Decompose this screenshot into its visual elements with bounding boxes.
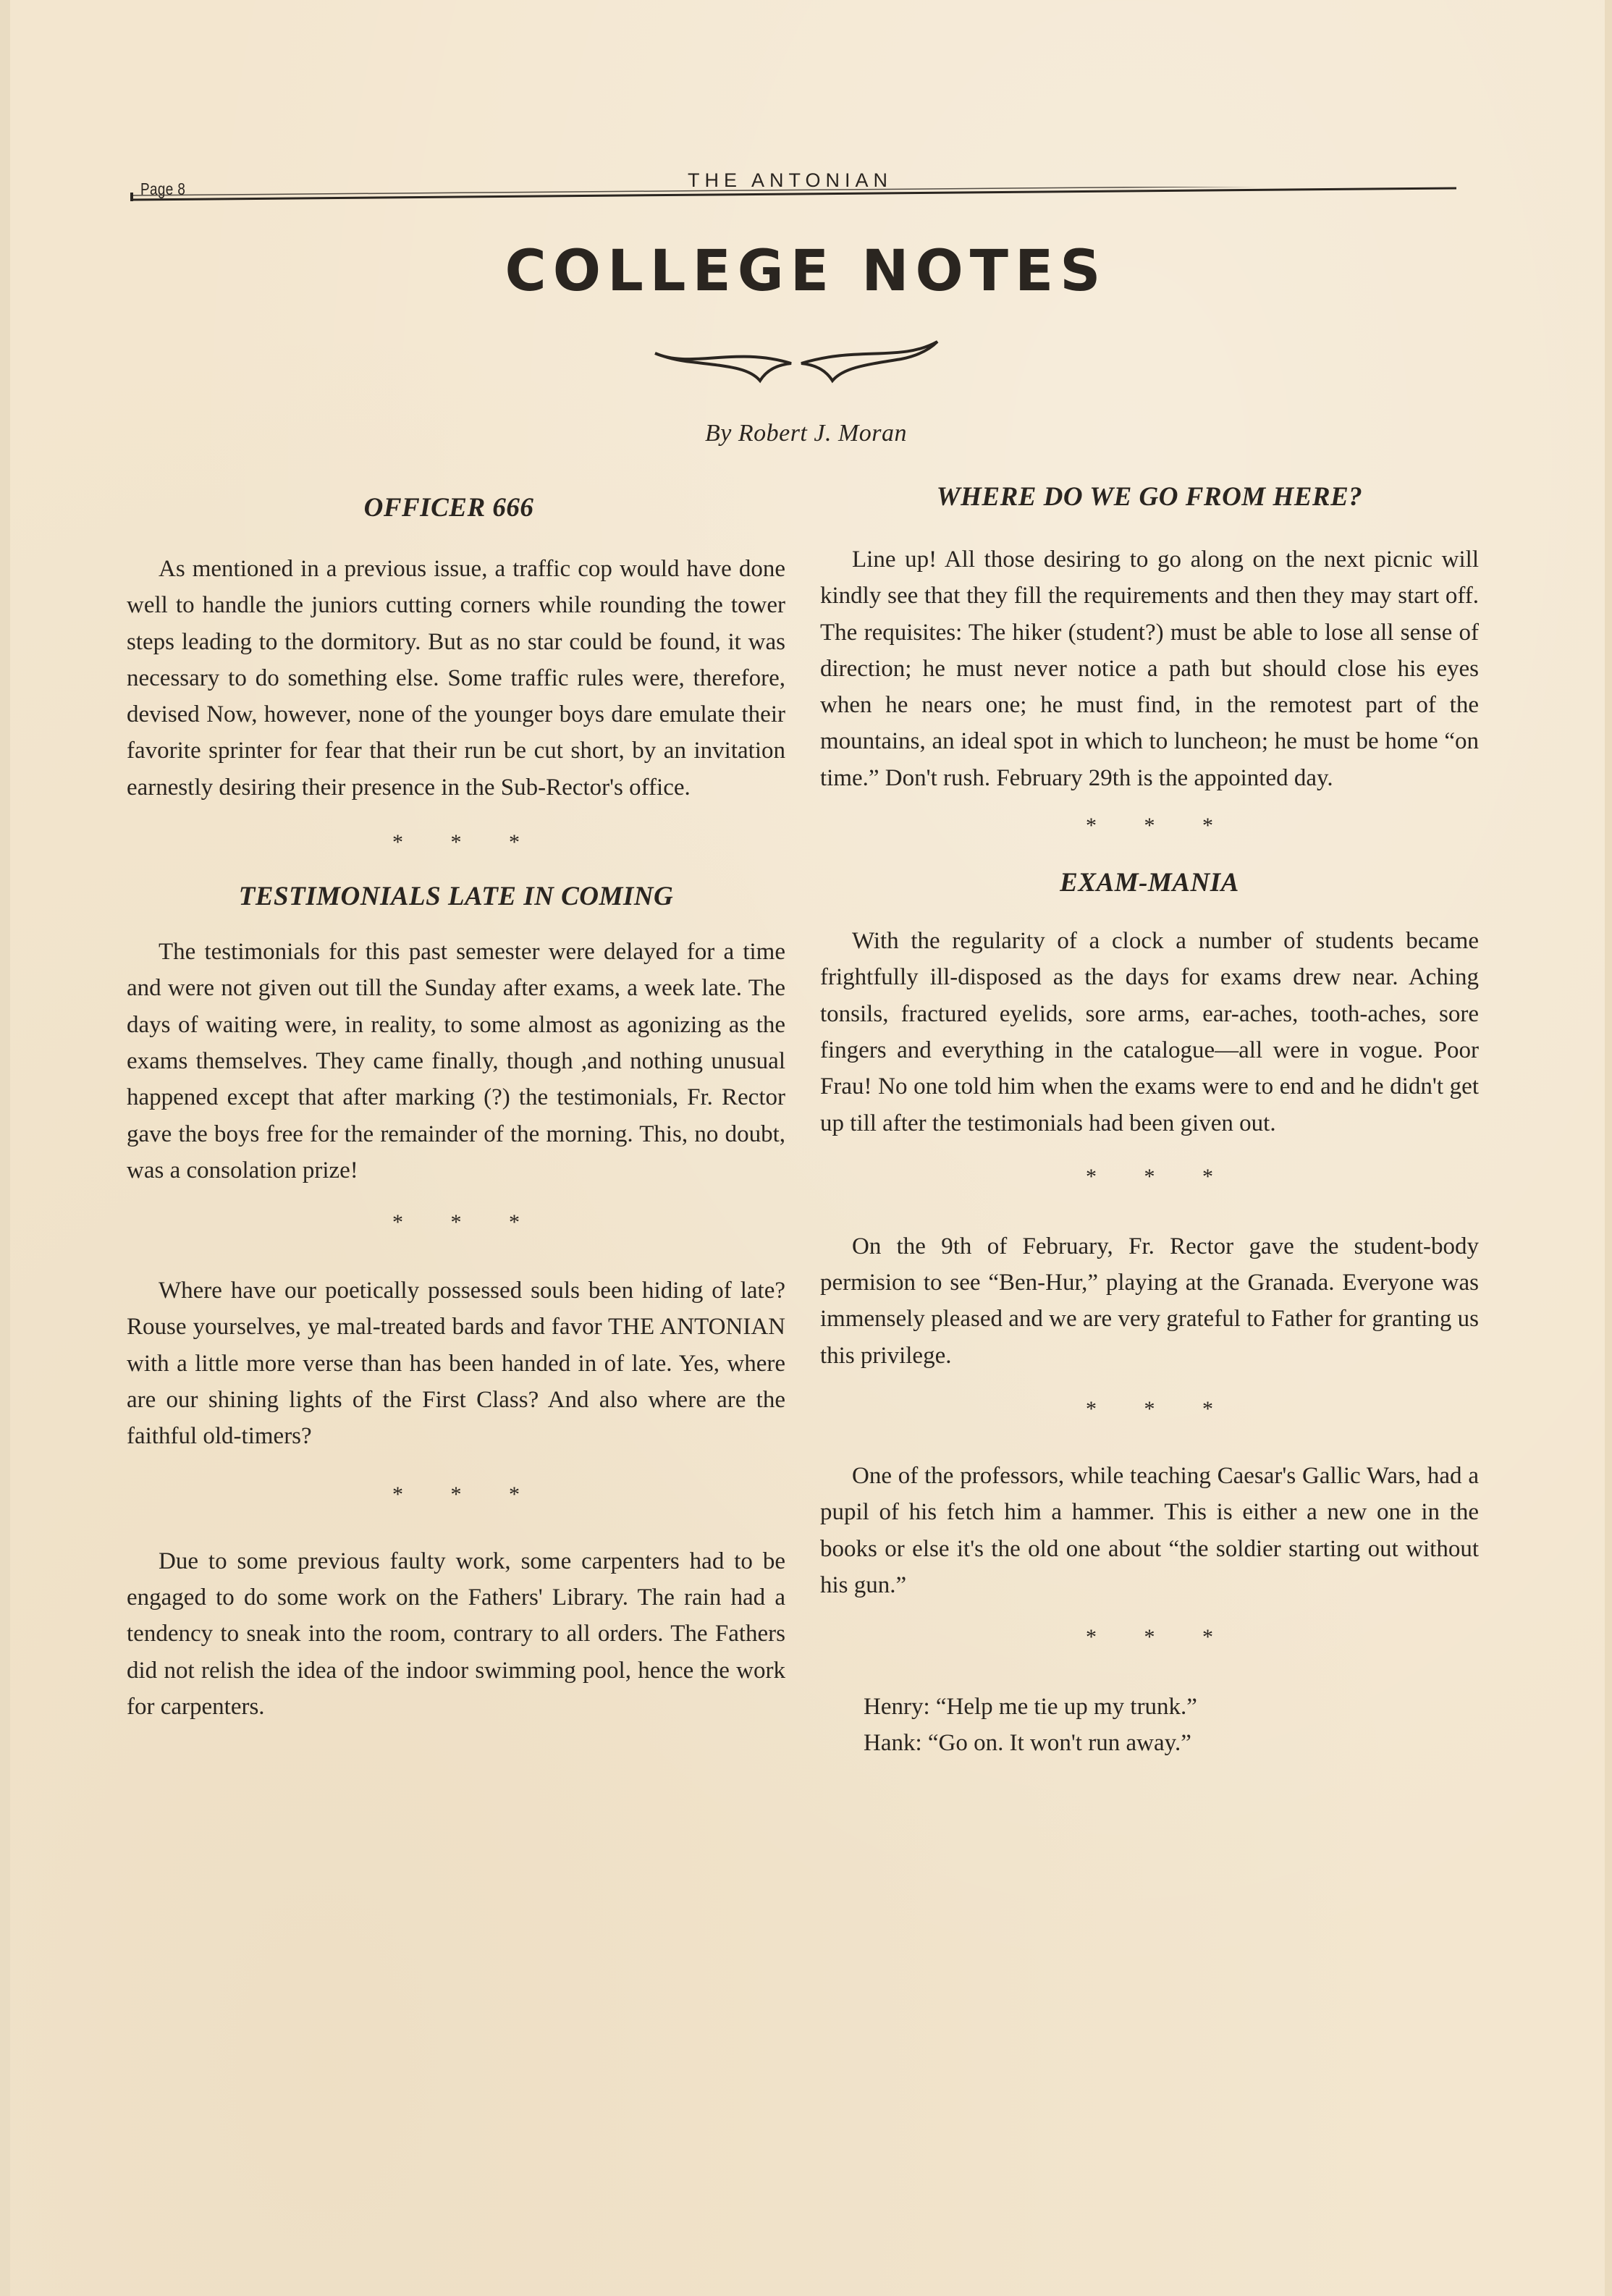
section-separator: * * * [820, 814, 1479, 838]
section-separator: * * * [127, 830, 785, 855]
right-column: WHERE DO WE GO FROM HERE? Line up! All t… [820, 481, 1479, 1761]
page-edge-right [1605, 0, 1612, 2296]
article-where-do-we-go: Line up! All those desiring to go along … [820, 541, 1479, 796]
heading-testimonials: TESTIMONIALS LATE IN COMING [127, 881, 785, 912]
section-separator: * * * [127, 1210, 785, 1235]
heading-officer-666: OFFICER 666 [112, 492, 785, 523]
article-testimonials: The testimonials for this past semester … [127, 934, 785, 1189]
dialogue-line-hank: Hank: “Go on. It won't run away.” [820, 1725, 1479, 1761]
dialogue-line-henry: Henry: “Help me tie up my trunk.” [820, 1689, 1479, 1725]
byline: By Robert J. Moran [0, 420, 1612, 447]
heading-exam-mania: EXAM-MANIA [820, 867, 1479, 898]
article-poets: Where have our poetically possessed soul… [127, 1272, 785, 1454]
heading-where-do-we-go: WHERE DO WE GO FROM HERE? [820, 481, 1479, 512]
article-exam-mania: With the regularity of a clock a number … [820, 923, 1479, 1141]
section-separator: * * * [820, 1625, 1479, 1650]
running-header: Page 8 THE ANTONIAN [130, 165, 1456, 216]
section-separator: * * * [820, 1397, 1479, 1422]
page-title: COLLEGE NOTES [0, 239, 1612, 304]
joke-dialogue: Henry: “Help me tie up my trunk.” Hank: … [820, 1689, 1479, 1761]
page-edge-left [0, 0, 10, 2296]
section-separator: * * * [820, 1165, 1479, 1189]
scroll-ornament-icon [648, 340, 945, 384]
section-separator: * * * [127, 1482, 785, 1507]
article-officer-666: As mentioned in a previous issue, a traf… [127, 551, 785, 806]
article-ben-hur: On the 9th of February, Fr. Rector gave … [820, 1228, 1479, 1374]
header-rule [130, 187, 1456, 201]
article-caesar: One of the professors, while teaching Ca… [820, 1458, 1479, 1603]
left-column: OFFICER 666 As mentioned in a previous i… [127, 492, 785, 1725]
article-carpenters: Due to some previous faulty work, some c… [127, 1543, 785, 1725]
